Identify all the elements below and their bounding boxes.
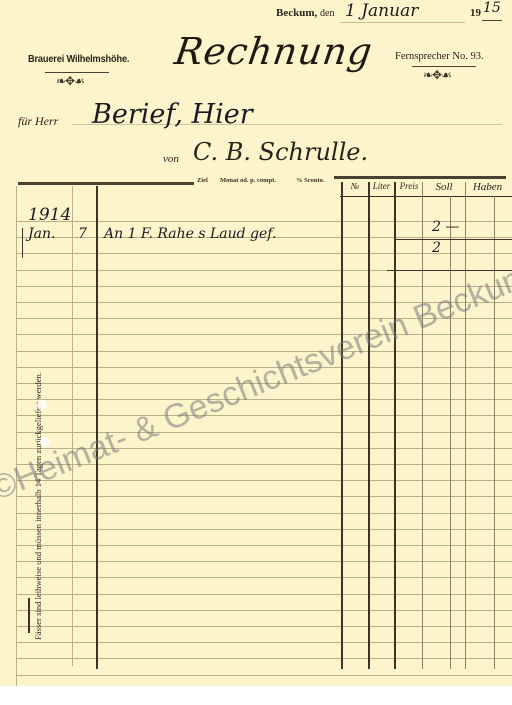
ruled-line: [16, 334, 512, 335]
liter-col-line: [368, 182, 370, 669]
haben-col-line: [465, 182, 466, 669]
ruled-line: [16, 513, 512, 514]
ruled-line: [16, 351, 512, 352]
soll-col-line: [422, 182, 423, 669]
ruled-line: [16, 577, 512, 578]
left-double-rule: [18, 182, 194, 185]
handwritten-year: 15: [483, 0, 501, 16]
vendor-label: von: [163, 153, 179, 165]
side-mark: [28, 598, 30, 633]
col-header-soll: Soll: [423, 181, 465, 193]
nr-col-line: [341, 182, 343, 669]
header-underline: [340, 196, 512, 197]
year-prefix: 19: [470, 7, 481, 19]
col-header-haben: Haben: [465, 181, 510, 193]
margin-line: [16, 186, 17, 686]
date-col-line: [72, 186, 73, 666]
ruled-line: [16, 496, 512, 497]
divider: [45, 72, 109, 73]
document-title: Rechnung: [172, 30, 376, 73]
ruled-line: [16, 561, 512, 562]
invoice-document: Brauerei Wilhelmshöhe. ❧✥☙ Beckum, den 1…: [0, 0, 512, 686]
col-header-preis: Preis: [395, 181, 423, 191]
preis-col-line: [394, 182, 396, 669]
ruled-line: [16, 626, 512, 627]
ruled-line: [16, 675, 512, 676]
col-header-nr: №: [342, 181, 368, 191]
watermark: ©Heimat- & Geschichtsverein Beckum e.V.: [0, 231, 512, 509]
entry-soll-total: 2: [432, 240, 441, 256]
year-line: [482, 20, 502, 21]
punch-hole: [40, 437, 50, 447]
punch-hole: [37, 400, 47, 410]
side-note: Fässer sind leihweise und müssen innerha…: [33, 372, 43, 640]
subtotal-line: [395, 239, 512, 240]
vendor-name: C. B. Schrulle.: [193, 138, 368, 166]
ornament-icon: ❧✥☙: [423, 68, 451, 83]
ruled-line: [16, 642, 512, 643]
right-double-rule: [334, 176, 506, 179]
col-header-liter: Liter: [368, 181, 395, 191]
ruled-line: [16, 480, 512, 481]
entry-description: An 1 F. Rahe s Laud gef.: [104, 226, 276, 242]
ruled-line: [16, 610, 512, 611]
date-line: [340, 22, 465, 23]
soll-pf-line: [450, 196, 451, 669]
addressee-label: für Herr: [18, 114, 58, 129]
place: Beckum,: [276, 7, 317, 19]
divider: [412, 66, 476, 67]
ornament-icon: ❧✥☙: [56, 74, 84, 89]
entry-year: 1914: [28, 205, 71, 225]
brewery-name: Brauerei Wilhelmshöhe.: [28, 53, 129, 65]
ziel-label: Ziel: [197, 177, 208, 184]
place-date: Beckum, den: [276, 7, 334, 19]
handwritten-date: 1 Januar: [345, 1, 418, 21]
handwritten-recipient: Berief, Hier: [92, 99, 253, 130]
ruled-line: [16, 286, 512, 287]
ruled-line: [16, 545, 512, 546]
entry-day: 7: [78, 226, 87, 242]
sconto-label: % Sconto.: [296, 177, 325, 184]
ruled-line: [16, 658, 512, 659]
den-label: den: [320, 8, 334, 19]
entry-mark: [22, 228, 23, 258]
ruled-line: [16, 415, 512, 416]
entry-soll: 2 —: [432, 219, 459, 235]
entry-month: Jan.: [28, 226, 55, 242]
ruled-line: [16, 529, 512, 530]
phone-number: Fernsprecher No. 93.: [395, 51, 484, 62]
ruled-line: [16, 594, 512, 595]
monat-label: Monat od. p. compt.: [220, 177, 276, 184]
